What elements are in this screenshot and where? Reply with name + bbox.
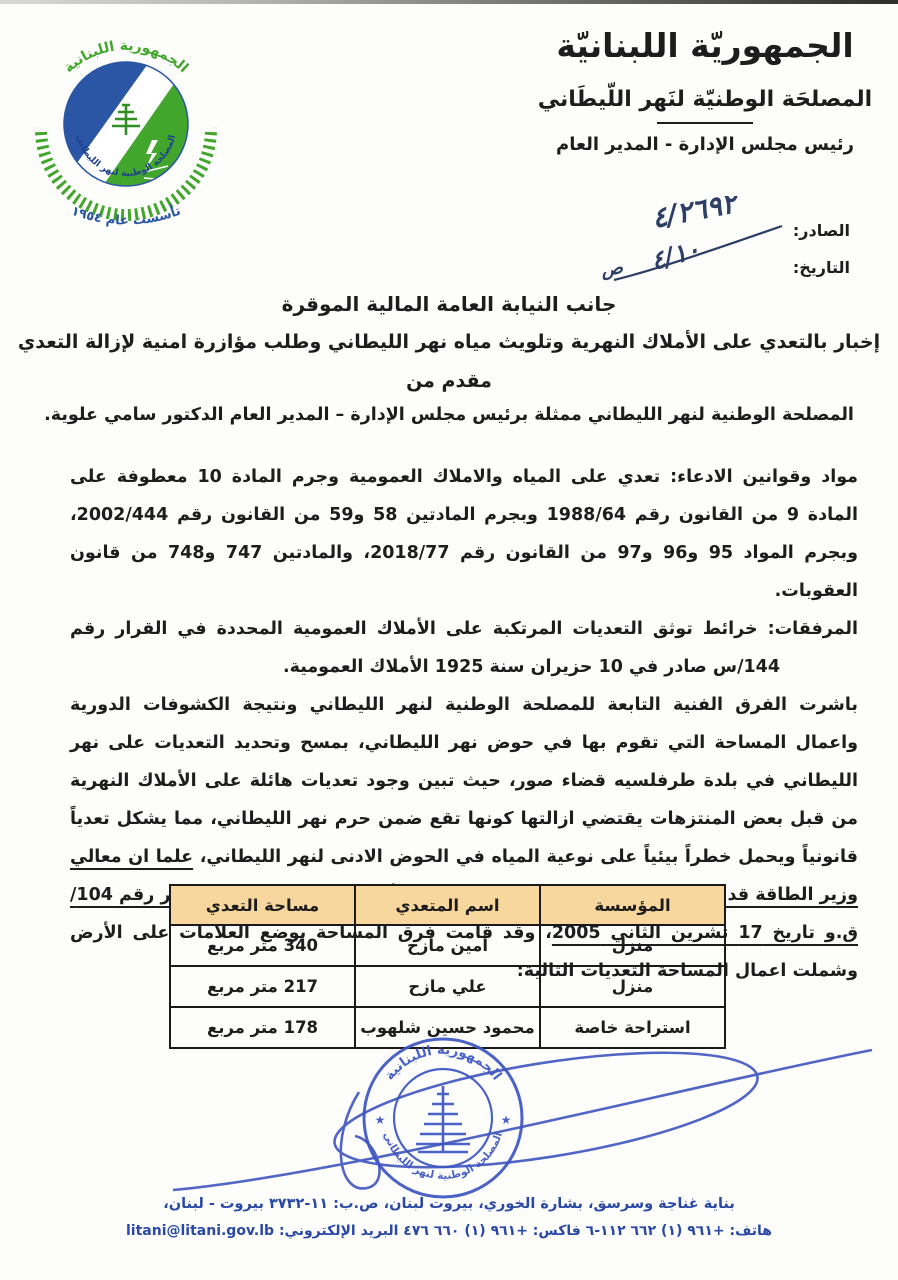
logo-established-text: تأسست عام ١٩٥٤ bbox=[69, 203, 183, 229]
letterhead-authority: المصلحَة الوطنيّة لنَهر اللّيطَاني bbox=[530, 87, 880, 112]
star-icon: ★ bbox=[501, 1113, 512, 1127]
charges-paragraph: مواد وقوانين الادعاء: تعدي على المياه وا… bbox=[70, 458, 858, 610]
col-header-institution: المؤسسة bbox=[540, 885, 725, 925]
stamp-top-arc-text: الجمهورية اللبنانية bbox=[381, 1042, 504, 1083]
table-row: منزل علي مازح 217 متر مربع bbox=[170, 966, 725, 1007]
table-header-row: المؤسسة اسم المتعدي مساحة التعدي bbox=[170, 885, 725, 925]
scan-edge-artifact bbox=[0, 0, 898, 4]
org-logo-emblem: الجمهورية اللبنانية المصلحة الوطنية ل bbox=[26, 20, 226, 240]
subject-line: إخبار بالتعدي على الأملاك النهرية وتلويث… bbox=[0, 331, 898, 353]
cedar-icon bbox=[416, 1086, 470, 1152]
star-icon: ★ bbox=[375, 1113, 386, 1127]
attachments-paragraph: المرفقات: خرائط توثق التعديات المرتكبة ع… bbox=[70, 610, 858, 686]
cell-institution: منزل bbox=[540, 925, 725, 966]
cell-violator-name: علي مازح bbox=[355, 966, 540, 1007]
footer-phone-email-line: هاتف: +٩٦١ (١) ٦٦٢ ١١٢-٦ فاكس: +٩٦١ (١) … bbox=[0, 1223, 898, 1239]
cell-violation-area: 217 متر مربع bbox=[170, 966, 355, 1007]
cell-violator-name: أمين مازح bbox=[355, 925, 540, 966]
col-header-violator-name: اسم المتعدي bbox=[355, 885, 540, 925]
letterhead-divider bbox=[657, 122, 753, 124]
letterhead-role: رئيس مجلس الإدارة - المدير العام bbox=[530, 134, 880, 155]
cell-violation-area: 340 متر مربع bbox=[170, 925, 355, 966]
handwritten-reference: ٤/٢٦٩٢ ٤/١٠ ص bbox=[596, 196, 806, 288]
cell-institution: منزل bbox=[540, 966, 725, 1007]
letterhead: الجمهوريّة اللبنانيّة المصلحَة الوطنيّة … bbox=[530, 26, 880, 155]
submitted-by-line: المصلحة الوطنية لنهر الليطاني ممثلة برئي… bbox=[0, 405, 898, 425]
letterhead-republic: الجمهوريّة اللبنانيّة bbox=[530, 26, 880, 65]
handwritten-issued-number: ٤/٢٦٩٢ bbox=[649, 196, 743, 235]
title-block: جانب النيابة العامة المالية الموقرة إخبا… bbox=[0, 292, 898, 425]
table-row: منزل أمين مازح 340 متر مربع bbox=[170, 925, 725, 966]
addressee-line: جانب النيابة العامة المالية الموقرة bbox=[0, 292, 898, 316]
footer-address-line: بناية غناجة وسرسق، بشارة الخوري، بيروت ل… bbox=[0, 1196, 898, 1212]
col-header-violation-area: مساحة التعدي bbox=[170, 885, 355, 925]
body-text-part1: باشرت الفرق الفنية التابعة للمصلحة الوطن… bbox=[70, 695, 858, 867]
scanned-letter-page: الجمهورية اللبنانية المصلحة الوطنية ل bbox=[0, 0, 898, 1280]
submitted-by-label: مقدم من bbox=[0, 370, 898, 392]
footer-contact-block: بناية غناجة وسرسق، بشارة الخوري، بيروت ل… bbox=[0, 1196, 898, 1239]
org-logo: الجمهورية اللبنانية المصلحة الوطنية ل bbox=[26, 20, 226, 240]
official-stamp-and-signature: الجمهورية اللبنانية المصلحة الوطنية لنهر… bbox=[158, 1022, 880, 1218]
